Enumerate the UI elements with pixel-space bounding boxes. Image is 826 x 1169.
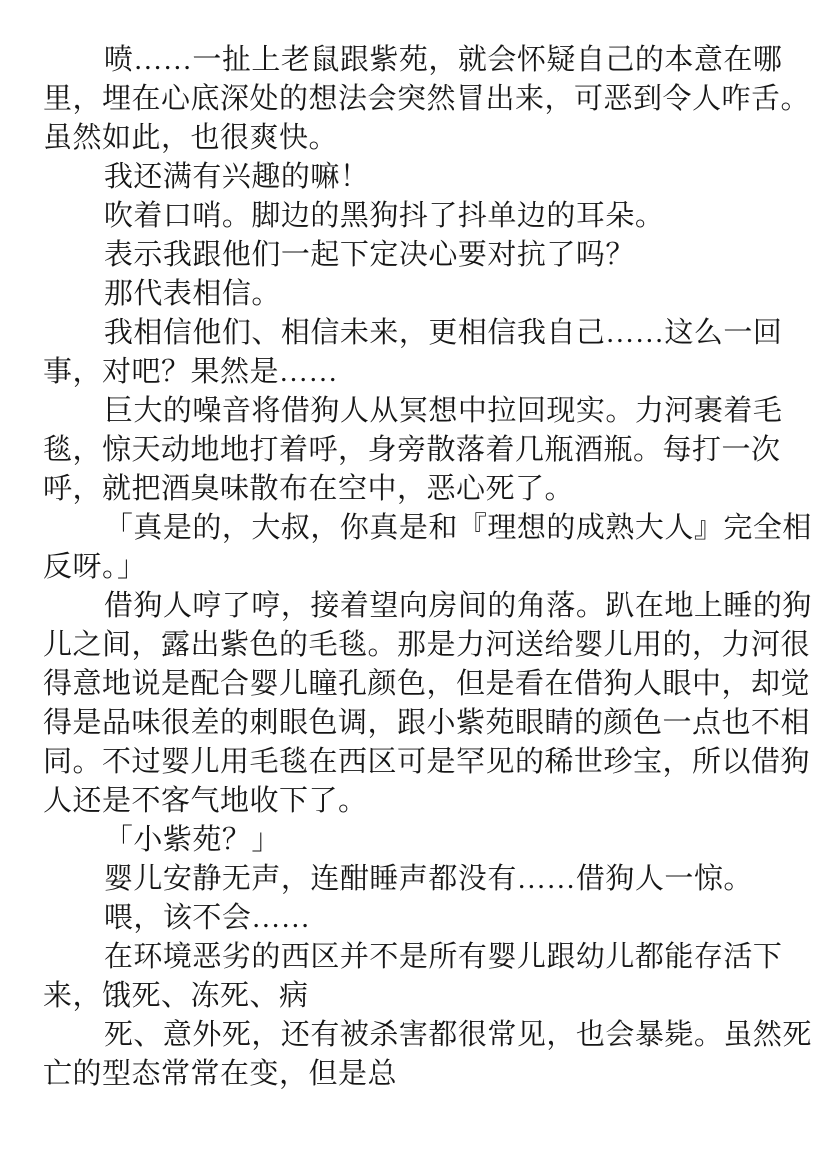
text-line: 喷……一扯上老鼠跟紫苑，就会怀疑自己的本意在哪 xyxy=(43,41,806,80)
text-line: 得意地说是配合婴儿瞳孔颜色，但是看在借狗人眼中，却觉 xyxy=(43,665,806,704)
text-line: 吹着口哨。脚边的黑狗抖了抖单边的耳朵。 xyxy=(43,197,806,236)
text-line: 那代表相信。 xyxy=(43,275,806,314)
text-line: 儿之间，露出紫色的毛毯。那是力河送给婴儿用的，力河很 xyxy=(43,626,806,665)
text-line: 「小紫苑？」 xyxy=(43,821,806,860)
text-line: 反呀。」 xyxy=(43,548,806,587)
text-line: 婴儿安静无声，连酣睡声都没有……借狗人一惊。 xyxy=(43,860,806,899)
text-line: 毯，惊天动地地打着呼，身旁散落着几瓶酒瓶。每打一次 xyxy=(43,431,806,470)
document-page: 喷……一扯上老鼠跟紫苑，就会怀疑自己的本意在哪里，埋在心底深处的想法会突然冒出来… xyxy=(0,0,826,1169)
text-line: 喂，该不会…… xyxy=(43,899,806,938)
text-line: 「真是的，大叔，你真是和『理想的成熟大人』完全相 xyxy=(43,509,806,548)
text-line: 我相信他们、相信未来，更相信我自己……这么一回 xyxy=(43,314,806,353)
body-text: 喷……一扯上老鼠跟紫苑，就会怀疑自己的本意在哪里，埋在心底深处的想法会突然冒出来… xyxy=(43,41,806,1094)
text-line: 虽然如此，也很爽快。 xyxy=(43,119,806,158)
text-line: 人还是不客气地收下了。 xyxy=(43,782,806,821)
text-line: 亡的型态常常在变，但是总 xyxy=(43,1055,806,1094)
text-line: 我还满有兴趣的嘛！ xyxy=(43,158,806,197)
text-line: 巨大的噪音将借狗人从冥想中拉回现实。力河裹着毛 xyxy=(43,392,806,431)
text-line: 在环境恶劣的西区并不是所有婴儿跟幼儿都能存活下 xyxy=(43,938,806,977)
text-line: 里，埋在心底深处的想法会突然冒出来，可恶到令人咋舌。 xyxy=(43,80,806,119)
text-line: 事，对吧？果然是…… xyxy=(43,353,806,392)
text-line: 得是品味很差的刺眼色调，跟小紫苑眼睛的颜色一点也不相 xyxy=(43,704,806,743)
text-line: 同。不过婴儿用毛毯在西区可是罕见的稀世珍宝，所以借狗 xyxy=(43,743,806,782)
text-line: 呼，就把酒臭味散布在空中，恶心死了。 xyxy=(43,470,806,509)
text-line: 表示我跟他们一起下定决心要对抗了吗？ xyxy=(43,236,806,275)
text-line: 死、意外死，还有被杀害都很常见，也会暴毙。虽然死 xyxy=(43,1016,806,1055)
text-line: 借狗人哼了哼，接着望向房间的角落。趴在地上睡的狗 xyxy=(43,587,806,626)
text-line: 来，饿死、冻死、病 xyxy=(43,977,806,1016)
